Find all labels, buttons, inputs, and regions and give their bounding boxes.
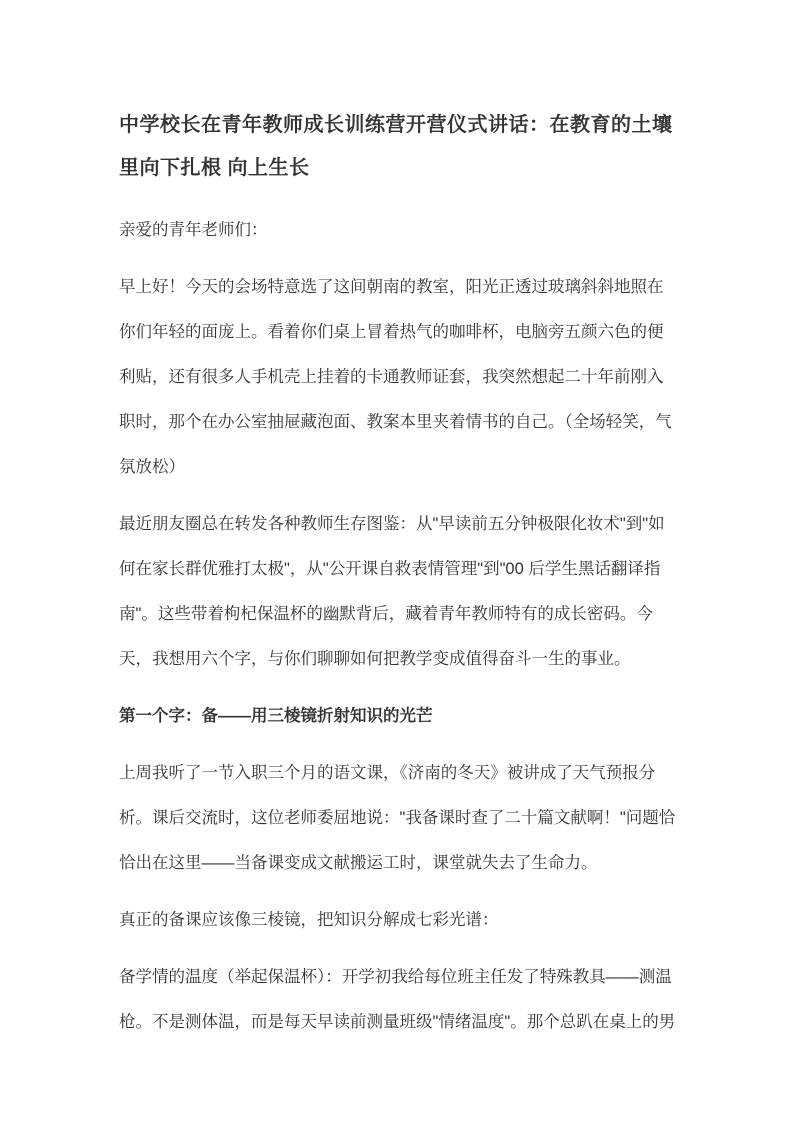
paragraph: 早上好！今天的会场特意选了这间朝南的教室，阳光正透过玻璃斜斜地照在你们年轻的面庞… <box>119 265 676 490</box>
paragraph: 备学情的温度（举起保温杯）：开学初我给每位班主任发了特殊教具——测温枪。不是测体… <box>119 955 676 1045</box>
document-page: 中学校长在青年教师成长训练营开营仪式讲话：在教育的土壤里向下扎根 向上生长 亲爱… <box>0 0 793 1122</box>
salutation-paragraph: 亲爱的青年老师们： <box>119 208 676 253</box>
paragraph: 上周我听了一节入职三个月的语文课，《济南的冬天》被讲成了天气预报分析。课后交流时… <box>119 751 676 886</box>
section-heading: 第一个字：备——用三棱镜折射知识的光芒 <box>119 694 676 739</box>
document-title: 中学校长在青年教师成长训练营开营仪式讲话：在教育的土壤里向下扎根 向上生长 <box>119 104 676 190</box>
paragraph: 最近朋友圈总在转发各种教师生存图鉴：从"早读前五分钟极限化妆术"到"如何在家长群… <box>119 502 676 682</box>
paragraph: 真正的备课应该像三棱镜，把知识分解成七彩光谱： <box>119 898 676 943</box>
